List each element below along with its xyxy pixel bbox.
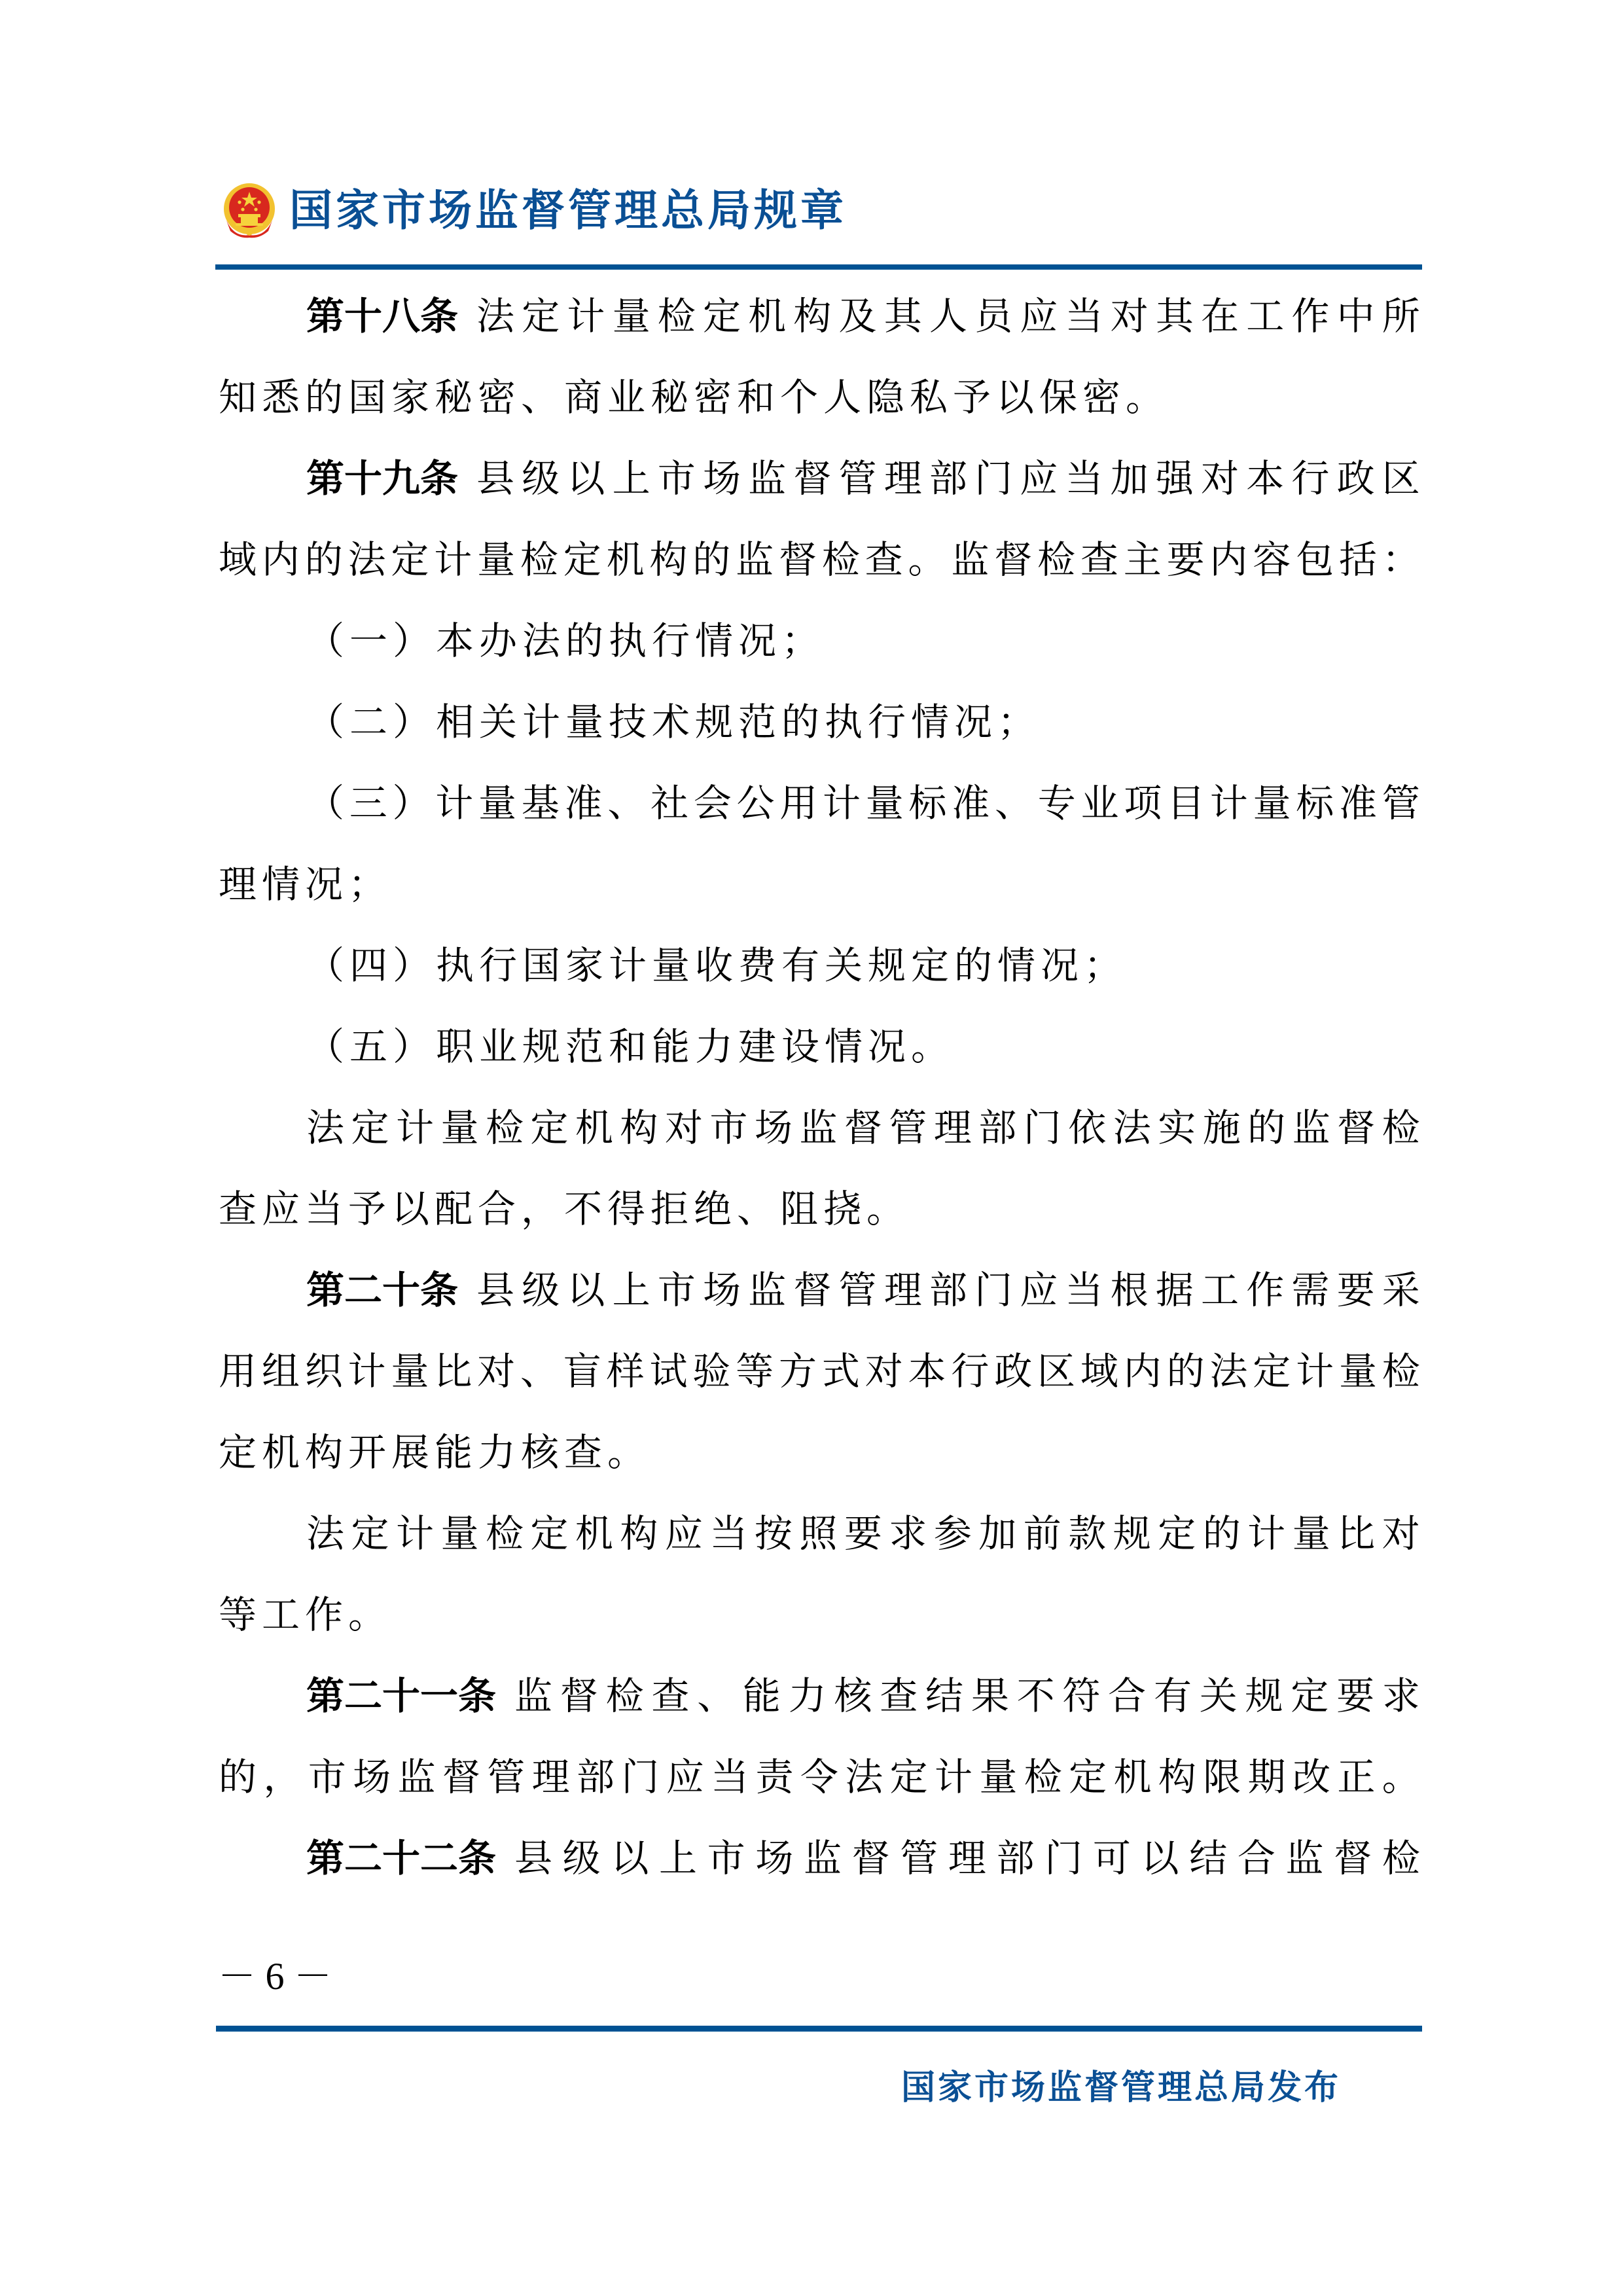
- article-number: 第二十二条: [306, 1818, 496, 1899]
- footer-divider: [216, 2026, 1422, 2032]
- line-text: 查应当予以配合，不得拒绝、阻挠。: [219, 1168, 910, 1249]
- line-text: （一）本办法的执行情况；: [306, 600, 825, 681]
- line-text: 法定计量检定机构应当按照要求参加前款规定的计量比对: [306, 1493, 1420, 1574]
- line-text: 知悉的国家秘密、商业秘密和个人隐私予以保密。: [219, 357, 1169, 438]
- article-line: 第二十二条县级以上市场监督管理部门可以结合监督检: [219, 1818, 1420, 1899]
- text-line: （一）本办法的执行情况；: [219, 600, 1420, 681]
- text-line: 域内的法定计量检定机构的监督检查。监督检查主要内容包括：: [219, 519, 1420, 600]
- document-page: 国家市场监督管理总局规章 第十八条法定计量检定机构及其人员应当对其在工作中所知悉…: [0, 0, 1623, 2296]
- text-line: （三）计量基准、社会公用计量标准、专业项目计量标准管: [219, 762, 1420, 844]
- text-line: （五）职业规范和能力建设情况。: [219, 1006, 1420, 1087]
- line-text: （三）计量基准、社会公用计量标准、专业项目计量标准管: [306, 762, 1420, 844]
- text-line: 的，市场监督管理部门应当责令法定计量检定机构限期改正。: [219, 1736, 1420, 1818]
- footer-publisher: 国家市场监督管理总局发布: [901, 2067, 1341, 2109]
- article-number: 第十九条: [306, 438, 458, 519]
- header-title: 国家市场监督管理总局规章: [289, 181, 847, 241]
- line-text: 法定计量检定机构及其人员应当对其在工作中所: [476, 276, 1420, 357]
- regulation-body: 第十八条法定计量检定机构及其人员应当对其在工作中所知悉的国家秘密、商业秘密和个人…: [219, 276, 1420, 1899]
- line-text: （四）执行国家计量收费有关规定的情况；: [306, 925, 1127, 1006]
- line-text: （二）相关计量技术规范的执行情况；: [306, 681, 1041, 762]
- line-text: 法定计量检定机构对市场监督管理部门依法实施的监督检: [306, 1087, 1420, 1168]
- line-text: 等工作。: [219, 1574, 391, 1655]
- text-line: 等工作。: [219, 1574, 1420, 1655]
- text-line: 用组织计量比对、盲样试验等方式对本行政区域内的法定计量检: [219, 1331, 1420, 1412]
- line-text: （五）职业规范和能力建设情况。: [306, 1006, 954, 1087]
- article-number: 第十八条: [306, 276, 458, 357]
- text-line: （四）执行国家计量收费有关规定的情况；: [219, 925, 1420, 1006]
- line-text: 监督检查、能力核查结果不符合有关规定要求: [514, 1655, 1420, 1736]
- national-emblem-icon: [221, 183, 277, 239]
- article-line: 第二十条县级以上市场监督管理部门应当根据工作需要采: [219, 1249, 1420, 1331]
- line-text: 县级以上市场监督管理部门应当根据工作需要采: [476, 1249, 1420, 1331]
- article-number: 第二十一条: [306, 1655, 496, 1736]
- line-text: 县级以上市场监督管理部门可以结合监督检: [514, 1818, 1420, 1899]
- page-number: － 6 －: [218, 1957, 332, 1996]
- text-line: 查应当予以配合，不得拒绝、阻挠。: [219, 1168, 1420, 1249]
- text-line: 理情况；: [219, 844, 1420, 925]
- document-header: 国家市场监督管理总局规章: [221, 181, 847, 241]
- line-text: 理情况；: [219, 844, 391, 925]
- line-text: 的，市场监督管理部门应当责令法定计量检定机构限期改正。: [219, 1736, 1420, 1818]
- article-line: 第十八条法定计量检定机构及其人员应当对其在工作中所: [219, 276, 1420, 357]
- line-text: 域内的法定计量检定机构的监督检查。监督检查主要内容包括：: [219, 519, 1420, 600]
- header-divider: [215, 264, 1422, 270]
- text-line: 法定计量检定机构应当按照要求参加前款规定的计量比对: [219, 1493, 1420, 1574]
- text-line: （二）相关计量技术规范的执行情况；: [219, 681, 1420, 762]
- text-line: 定机构开展能力核查。: [219, 1412, 1420, 1493]
- line-text: 定机构开展能力核查。: [219, 1412, 651, 1493]
- line-text: 用组织计量比对、盲样试验等方式对本行政区域内的法定计量检: [219, 1331, 1420, 1412]
- article-line: 第十九条县级以上市场监督管理部门应当加强对本行政区: [219, 438, 1420, 519]
- line-text: 县级以上市场监督管理部门应当加强对本行政区: [476, 438, 1420, 519]
- article-line: 第二十一条监督检查、能力核查结果不符合有关规定要求: [219, 1655, 1420, 1736]
- text-line: 法定计量检定机构对市场监督管理部门依法实施的监督检: [219, 1087, 1420, 1168]
- article-number: 第二十条: [306, 1249, 458, 1331]
- text-line: 知悉的国家秘密、商业秘密和个人隐私予以保密。: [219, 357, 1420, 438]
